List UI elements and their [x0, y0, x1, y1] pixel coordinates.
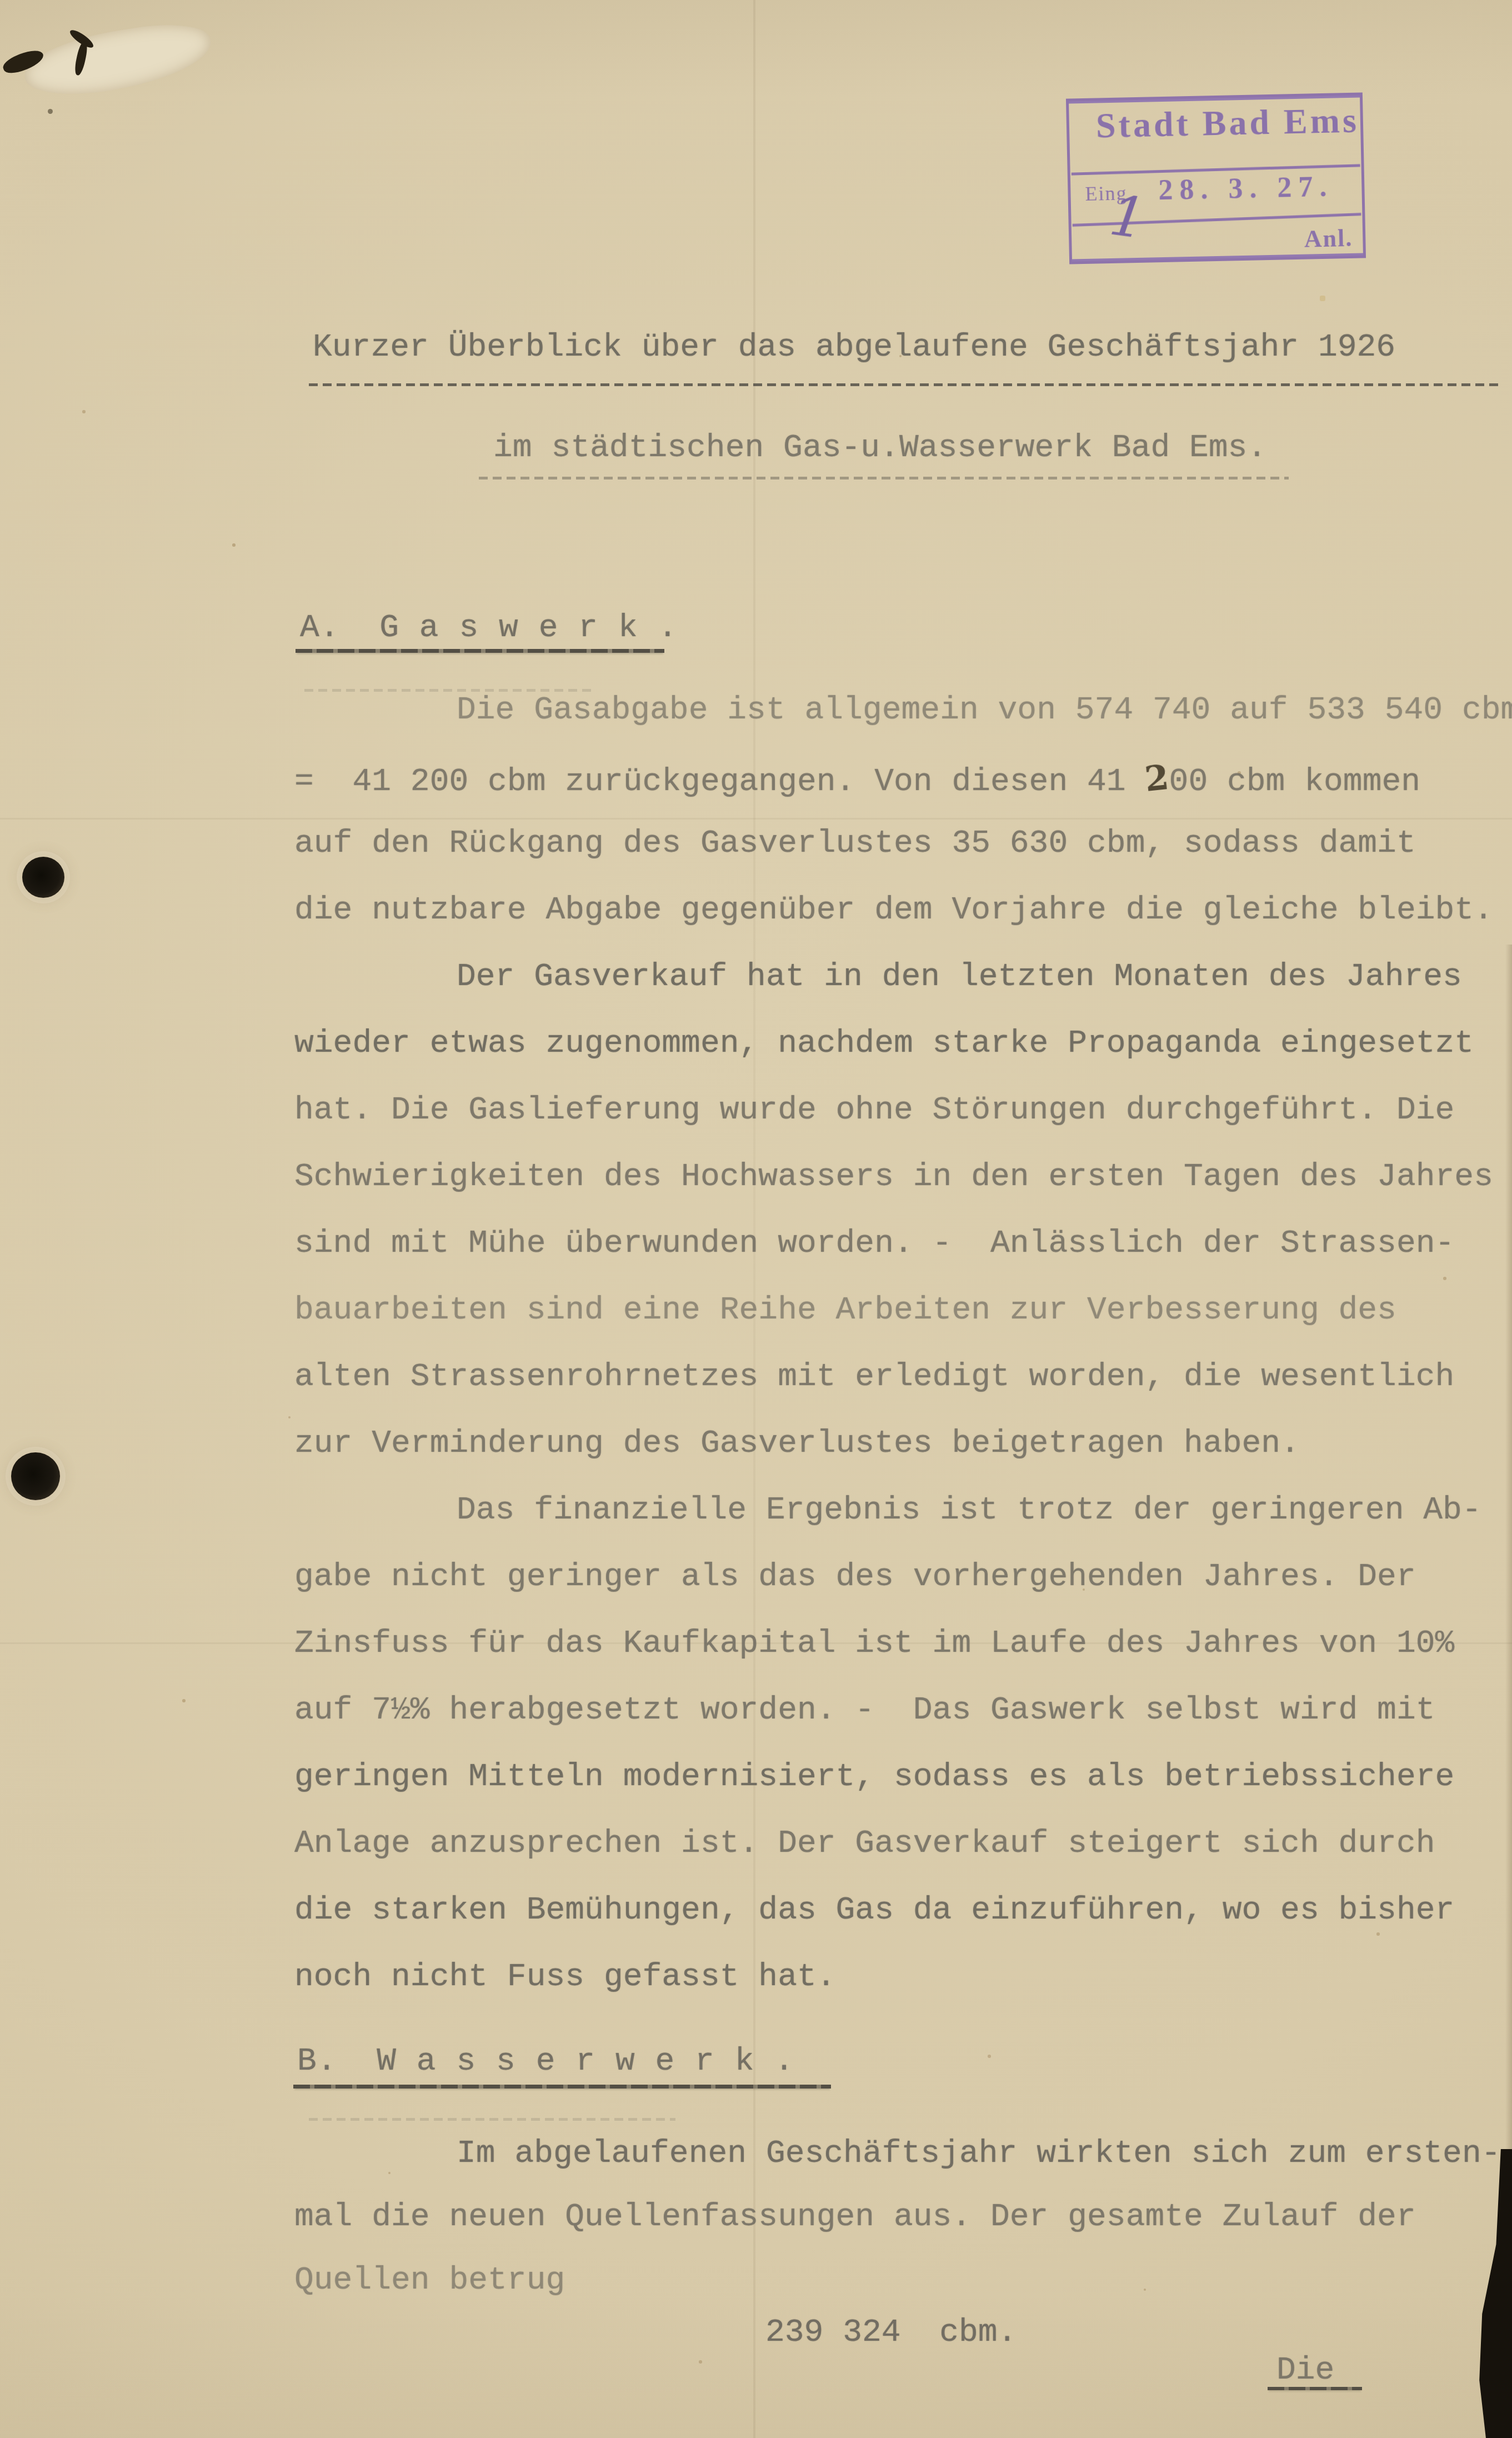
- section-a-heading-underline: [296, 649, 664, 653]
- text-line: Die Gasabgabe ist allgemein von 574 740 …: [457, 695, 1512, 727]
- stamp-enclosure-label: Anl.: [1304, 224, 1353, 253]
- text-line: noch nicht Fuss gefasst hat.: [294, 1961, 836, 1994]
- text-line: geringen Mitteln modernisiert, sodass es…: [294, 1761, 1454, 1793]
- stamp-office-name: Stadt Bad Ems: [1095, 100, 1359, 147]
- text-line: Im abgelaufenen Geschäftsjahr wirkten si…: [457, 2138, 1501, 2170]
- section-b-heading: B. W a s s e r w e r k .: [297, 2046, 794, 2078]
- text-line: Zinsfuss für das Kaufkapital ist im Lauf…: [294, 1628, 1454, 1660]
- catchword: Die: [1276, 2355, 1334, 2387]
- ghost-impression-line: [309, 2118, 675, 2121]
- typed-text: 00 cbm kommen: [1169, 764, 1420, 800]
- stamp-received-date: 28. 3. 27.: [1158, 171, 1334, 207]
- text-line: alten Strassenrohrnetzes mit erledigt wo…: [294, 1361, 1454, 1393]
- text-line-with-correction: = 41 200 cbm zurückgegangen. Von diesen …: [294, 761, 1420, 798]
- text-line: zur Verminderung des Gasverlustes beiget…: [294, 1428, 1300, 1460]
- page-edge-shadow: [1505, 945, 1512, 2167]
- text-line: Schwierigkeiten des Hochwassers in den e…: [294, 1161, 1493, 1193]
- received-stamp: Stadt Bad Ems Eing. 28. 3. 27. 1 Anl.: [1066, 92, 1366, 264]
- paper-scuff-top-left: [20, 17, 216, 103]
- catchword-underline: [1268, 2387, 1362, 2390]
- title-underline: [309, 383, 1502, 386]
- text-line: Anlage anzusprechen ist. Der Gasverkauf …: [294, 1828, 1435, 1860]
- text-line: bauarbeiten sind eine Reihe Arbeiten zur…: [294, 1295, 1396, 1327]
- punch-hole: [22, 857, 64, 898]
- text-line: auf 7½% herabgesetzt worden. - Das Gaswe…: [294, 1695, 1435, 1727]
- text-line: gabe nicht geringer als das des vorherge…: [294, 1561, 1416, 1593]
- document-title-line-2: im städtischen Gas-u.Wasserwerk Bad Ems.: [493, 432, 1266, 464]
- paper-specks: [0, 0, 1, 1]
- text-line: Quellen betrug: [294, 2265, 565, 2297]
- text-line: sind mit Mühe überwunden worden. - Anläs…: [294, 1228, 1454, 1260]
- text-line: mal die neuen Quellenfassungen aus. Der …: [294, 2201, 1416, 2234]
- horizontal-crease: [0, 818, 1512, 820]
- document-title-line-1: Kurzer Überblick über das abgelaufene Ge…: [313, 332, 1395, 364]
- section-a-heading: A. G a s w e r k .: [300, 612, 678, 645]
- text-line: die starken Bemühungen, das Gas da einzu…: [294, 1895, 1454, 1927]
- section-b-heading-underline: [293, 2085, 831, 2089]
- subtitle-underline: [479, 477, 1289, 479]
- text-line: die nutzbare Abgabe gegenüber dem Vorjah…: [294, 895, 1493, 927]
- punch-hole: [11, 1452, 60, 1500]
- torn-page-edge: [1465, 2149, 1512, 2438]
- text-line: Das finanzielle Ergebnis ist trotz der g…: [457, 1495, 1481, 1527]
- handwritten-correction-digit: 2: [1143, 760, 1170, 797]
- paper-spot: [48, 109, 53, 114]
- text-line: wieder etwas zugenommen, nachdem starke …: [294, 1028, 1474, 1060]
- text-line: auf den Rückgang des Gasverlustes 35 630…: [294, 828, 1416, 860]
- ghost-impression-line: [304, 689, 593, 692]
- document-page: Stadt Bad Ems Eing. 28. 3. 27. 1 Anl. Ku…: [0, 0, 1512, 2438]
- typed-text: = 41 200 cbm zurückgegangen. Von diesen …: [294, 764, 1145, 800]
- text-line: Der Gasverkauf hat in den letzten Monate…: [457, 961, 1462, 993]
- total-inflow-value: 239 324 cbm.: [765, 2317, 1017, 2349]
- text-line: hat. Die Gaslieferung wurde ohne Störung…: [294, 1095, 1454, 1127]
